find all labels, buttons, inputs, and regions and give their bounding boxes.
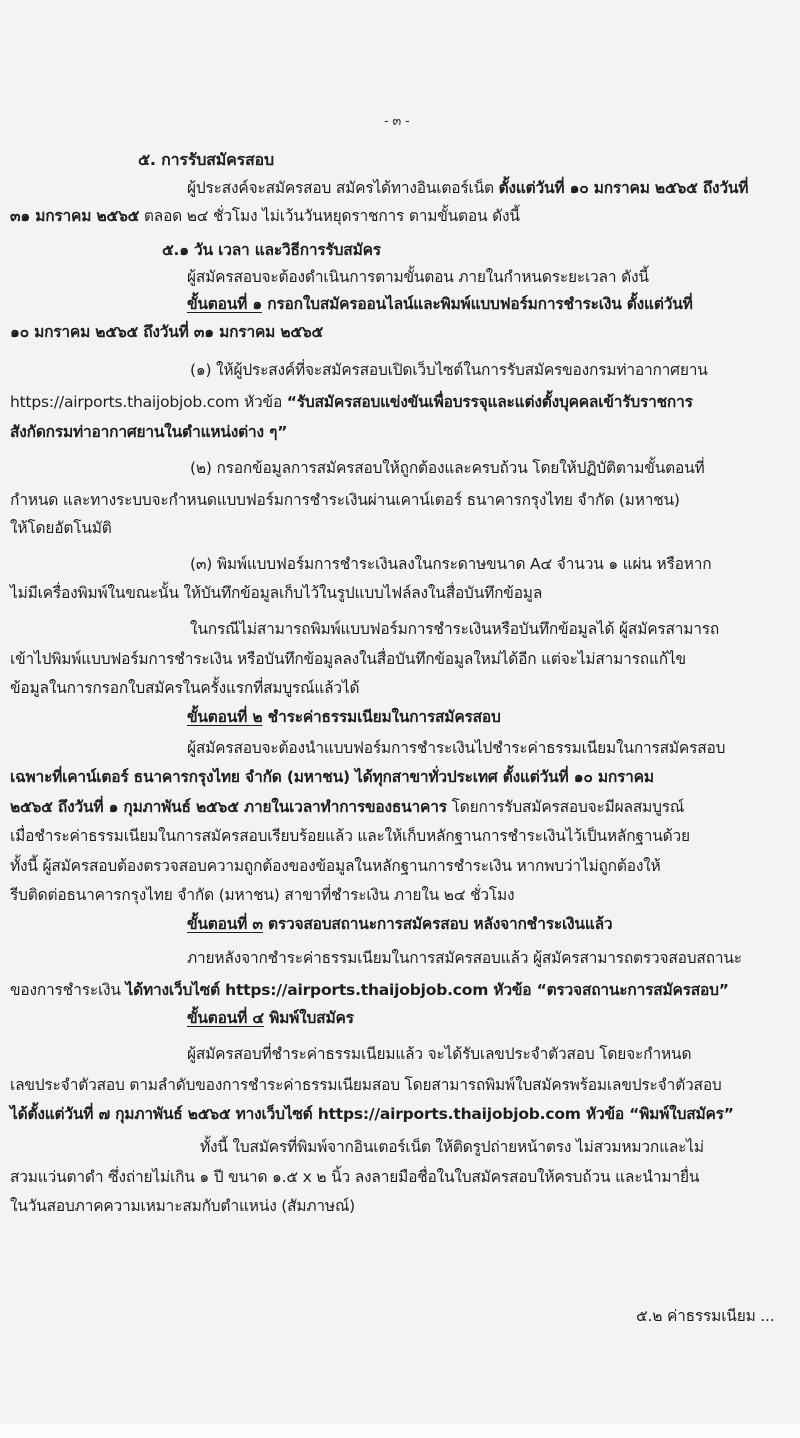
step2-line2: เฉพาะที่เคาน์เตอร์ ธนาคารกรุงไทย จำกัด (… (10, 767, 654, 787)
section-5-intro-line1: ผู้ประสงค์จะสมัครสอบ สมัครได้ทางอินเตอร์… (187, 178, 748, 198)
date-bold: ๒๕๖๕ ถึงวันที่ ๑ กุมภาพันธ์ ๒๕๖๕ ภายในเว… (10, 798, 447, 816)
text: โดยการรับสมัครสอบจะมีผลสมบูรณ์ (447, 798, 684, 816)
step3-line2: ของการชำระเงิน ได้ทางเว็บไซต์ https://ai… (10, 980, 729, 1000)
step1-item3-line2: ไม่มีเครื่องพิมพ์ในขณะนั้น ให้บันทึกข้อม… (10, 583, 542, 603)
continuation-marker: ๕.๒ ค่าธรรมเนียม ... (636, 1306, 775, 1326)
text: ชำระค่าธรรมเนียมในการสมัครสอบ (262, 708, 500, 726)
website-bold: ได้ทางเว็บไซต์ https://airports.thaijobj… (126, 981, 729, 999)
page-number: - ๓ - (384, 112, 410, 132)
text: พิมพ์ใบสมัคร (264, 1009, 354, 1027)
step4-line1: ผู้สมัครสอบที่ชำระค่าธรรมเนียมแล้ว จะได้… (187, 1044, 691, 1064)
step1-title: ขั้นตอนที่ ๑ กรอกใบสมัครออนไลน์และพิมพ์แ… (187, 294, 693, 314)
text: กรอกใบสมัครออนไลน์และพิมพ์แบบฟอร์มการชำร… (262, 295, 693, 313)
step1-item3-line1: (๓) พิมพ์แบบฟอร์มการชำระเงินลงในกระดาษขน… (190, 554, 711, 574)
step4-line3: ได้ตั้งแต่วันที่ ๗ กุมภาพันธ์ ๒๕๖๕ ทางเว… (10, 1104, 734, 1124)
step1-item2-line1: (๒) กรอกข้อมูลการสมัครสอบให้ถูกต้องและคร… (190, 458, 705, 478)
step2-line1: ผู้สมัครสอบจะต้องนำแบบฟอร์มการชำระเงินไป… (187, 738, 725, 758)
step4-label: ขั้นตอนที่ ๔ (187, 1009, 264, 1027)
step4-line2: เลขประจำตัวสอบ ตามลำดับของการชำระค่าธรรม… (10, 1075, 722, 1095)
date-bold: ๓๑ มกราคม ๒๕๖๕ (10, 207, 139, 225)
text: ผู้ประสงค์จะสมัครสอบ สมัครได้ทางอินเตอร์… (187, 179, 499, 197)
step4-note-line1: ทั้งนี้ ใบสมัครที่พิมพ์จากอินเตอร์เน็ต ใ… (200, 1137, 704, 1157)
step2-line4: เมื่อชำระค่าธรรมเนียมในการสมัครสอบเรียบร… (10, 826, 690, 846)
step1-note-line3: ข้อมูลในการกรอกใบสมัครในครั้งแรกที่สมบูร… (10, 678, 359, 698)
section-5-1-intro: ผู้สมัครสอบจะต้องดำเนินการตามขั้นตอน ภาย… (187, 267, 649, 287)
step1-note-line2: เข้าไปพิมพ์แบบฟอร์มการชำระเงิน หรือบันทึ… (10, 649, 686, 669)
step3-line1: ภายหลังจากชำระค่าธรรมเนียมในการสมัครสอบแ… (187, 948, 742, 968)
step2-title: ขั้นตอนที่ ๒ ชำระค่าธรรมเนียมในการสมัครส… (187, 707, 501, 727)
step1-item1-line2: https://airports.thaijobjob.com หัวข้อ “… (10, 392, 693, 412)
step3-title: ขั้นตอนที่ ๓ ตรวจสอบสถานะการสมัครสอบ หลั… (187, 914, 612, 934)
step2-line6: รีบติดต่อธนาคารกรุงไทย จำกัด (มหาชน) สาข… (10, 885, 514, 905)
step1-note-line1: ในกรณีไม่สามารถพิมพ์แบบฟอร์มการชำระเงินห… (190, 619, 719, 639)
step1-item1-line1: (๑) ให้ผู้ประสงค์ที่จะสมัครสอบเปิดเว็บไซ… (190, 360, 708, 380)
text: ตลอด ๒๔ ชั่วโมง ไม่เว้นวันหยุดราชการ ตาม… (139, 207, 520, 225)
date-range-bold: ตั้งแต่วันที่ ๑๐ มกราคม ๒๕๖๕ ถึงวันที่ (499, 179, 749, 197)
section-5-intro-line2: ๓๑ มกราคม ๒๕๖๕ ตลอด ๒๔ ชั่วโมง ไม่เว้นวั… (10, 206, 520, 226)
step1-item2-line3: ให้โดยอัตโนมัติ (10, 518, 112, 538)
step2-label: ขั้นตอนที่ ๒ (187, 708, 262, 726)
step3-label: ขั้นตอนที่ ๓ (187, 915, 263, 933)
step1-item2-line2: กำหนด และทางระบบจะกำหนดแบบฟอร์มการชำระเง… (10, 490, 680, 510)
step2-line3: ๒๕๖๕ ถึงวันที่ ๑ กุมภาพันธ์ ๒๕๖๕ ภายในเว… (10, 797, 684, 817)
step2-line5: ทั้งนี้ ผู้สมัครสอบต้องตรวจสอบความถูกต้อ… (10, 856, 661, 876)
step4-title: ขั้นตอนที่ ๔ พิมพ์ใบสมัคร (187, 1008, 354, 1028)
step1-title-cont: ๑๐ มกราคม ๒๕๖๕ ถึงวันที่ ๓๑ มกราคม ๒๕๖๕ (10, 322, 323, 342)
section-5-1-heading: ๕.๑ วัน เวลา และวิธีการรับสมัคร (162, 240, 381, 260)
step1-item1-line3: สังกัดกรมท่าอากาศยานในตำแหน่งต่าง ๆ” (10, 422, 287, 442)
text: ของการชำระเงิน (10, 981, 126, 999)
section-5-heading: ๕. การรับสมัครสอบ (138, 150, 274, 170)
topic-bold: “รับสมัครสอบแข่งขันเพื่อบรรจุและแต่งตั้ง… (287, 393, 693, 411)
page-bottom-edge (0, 1424, 800, 1438)
url-text: https://airports.thaijobjob.com หัวข้อ (10, 393, 287, 411)
step4-note-line2: สวมแว่นตาดำ ซึ่งถ่ายไม่เกิน ๑ ปี ขนาด ๑.… (10, 1167, 699, 1187)
text: ตรวจสอบสถานะการสมัครสอบ หลังจากชำระเงินแ… (263, 915, 613, 933)
step4-note-line3: ในวันสอบภาคความเหมาะสมกับตำแหน่ง (สัมภาษ… (10, 1196, 355, 1216)
step1-label: ขั้นตอนที่ ๑ (187, 295, 262, 313)
